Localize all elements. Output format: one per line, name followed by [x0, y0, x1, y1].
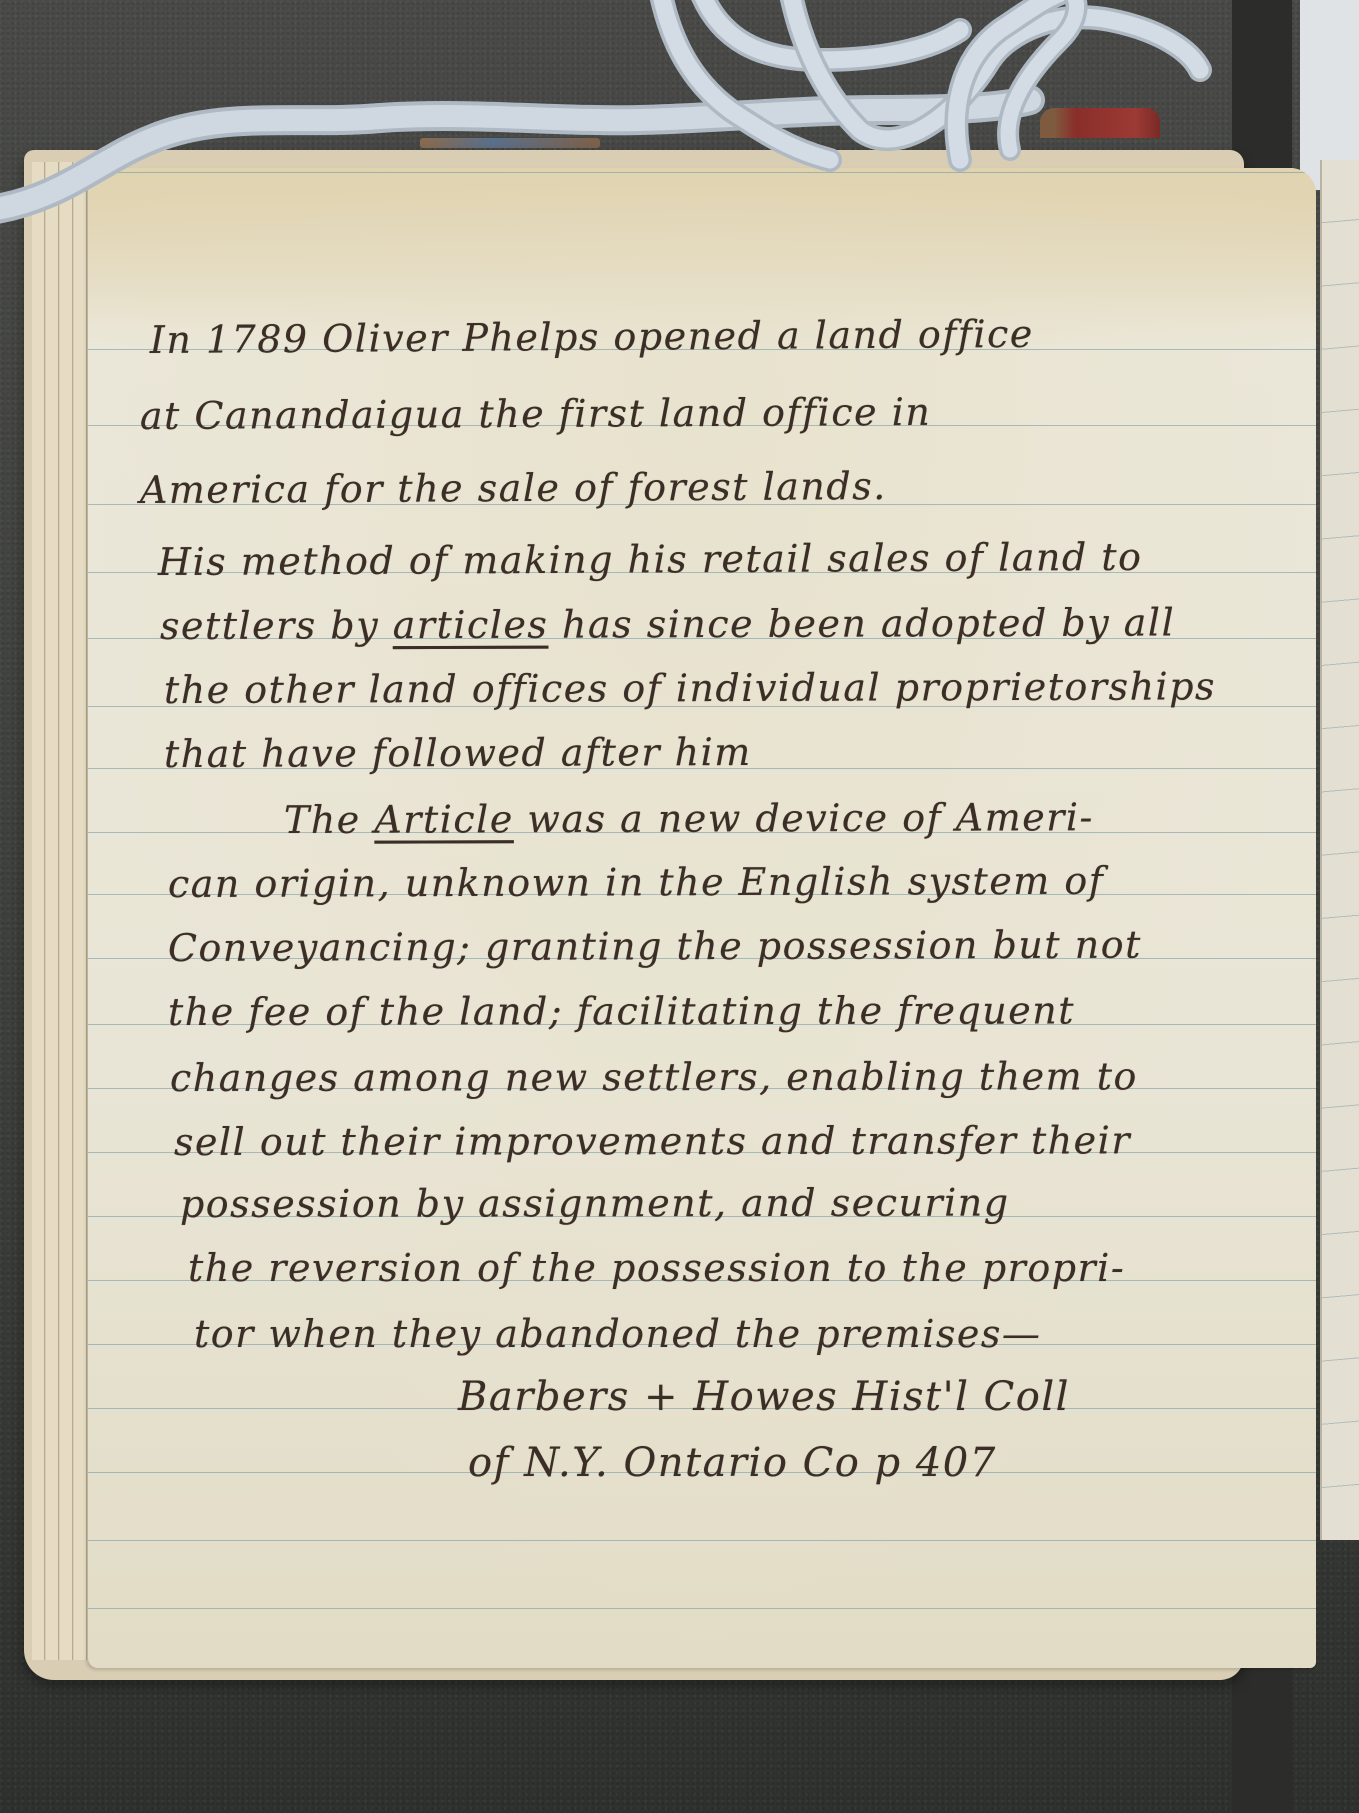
underlined-word: articles	[393, 603, 549, 648]
handwritten-line-10: Conveyancing; granting the possession bu…	[168, 923, 1142, 970]
line-text: America for the sale of forest lands.	[140, 464, 887, 512]
line-text: was a new device of Ameri-	[514, 795, 1094, 841]
handwritten-line-12: changes among new settlers, enabling the…	[170, 1054, 1138, 1100]
line-text: Conveyancing; granting the possession bu…	[168, 923, 1142, 970]
line-text: changes among new settlers, enabling the…	[170, 1054, 1138, 1100]
page-top-shading	[88, 168, 1316, 328]
handwritten-line-11: the fee of the land; facilitating the fr…	[168, 988, 1075, 1034]
line-text: possession by assignment, and securing	[180, 1181, 1010, 1226]
handwritten-line-7: that have followed after him	[164, 730, 752, 776]
handwritten-line-16: tor when they abandoned the premises—	[194, 1312, 1041, 1356]
ruled-line	[88, 172, 1316, 173]
line-text: In 1789 Oliver Phelps opened a land offi…	[150, 312, 1034, 362]
marbled-page-edge	[420, 138, 600, 148]
handwritten-line-6: the other land offices of individual pro…	[164, 664, 1216, 712]
handwritten-line-4: His method of making his retail sales of…	[158, 535, 1143, 584]
handwritten-line-3: America for the sale of forest lands.	[140, 464, 887, 512]
page-leaf	[60, 162, 73, 1660]
handwritten-line-15: the reversion of the possession to the p…	[188, 1246, 1125, 1290]
line-text: The	[284, 798, 375, 842]
line-text: at Canandaigua the first land office in	[140, 390, 932, 438]
red-bookmark-tab	[1040, 108, 1160, 138]
citation-line-2: of N.Y. Ontario Co p 407	[468, 1440, 997, 1486]
handwritten-line-14: possession by assignment, and securing	[180, 1181, 1010, 1226]
line-text: the other land offices of individual pro…	[164, 664, 1216, 712]
citation-text: Barbers + Howes Hist'l Coll	[458, 1374, 1070, 1420]
citation-text: of N.Y. Ontario Co p 407	[468, 1440, 997, 1486]
handwritten-line-9: can origin, unknown in the English syste…	[168, 859, 1105, 906]
ruled-line	[88, 1540, 1316, 1541]
line-text: His method of making his retail sales of…	[158, 535, 1143, 584]
line-text: the reversion of the possession to the p…	[188, 1246, 1125, 1290]
page-leaf	[46, 162, 59, 1660]
citation-line-1: Barbers + Howes Hist'l Coll	[458, 1374, 1070, 1420]
line-text: tor when they abandoned the premises—	[194, 1312, 1041, 1356]
line-text: sell out their improvements and transfer…	[174, 1118, 1131, 1164]
line-text: that have followed after him	[164, 730, 752, 776]
manuscript-page: In 1789 Oliver Phelps opened a land offi…	[88, 168, 1316, 1668]
line-text: settlers by	[160, 603, 393, 648]
page-leaf	[32, 162, 45, 1660]
line-text: has since been adopted by all	[548, 600, 1175, 646]
ruled-line	[88, 1608, 1316, 1609]
handwritten-line-1: In 1789 Oliver Phelps opened a land offi…	[150, 312, 1034, 362]
underlined-word: Article	[374, 797, 514, 841]
handwritten-line-5: settlers by articles has since been adop…	[160, 600, 1175, 648]
facing-page-edge	[1320, 160, 1359, 1540]
handwritten-line-2: at Canandaigua the first land office in	[140, 390, 932, 438]
handwritten-line-8: The Article was a new device of Ameri-	[284, 795, 1094, 842]
handwritten-line-13: sell out their improvements and transfer…	[174, 1118, 1131, 1164]
page-leaf	[74, 162, 87, 1660]
line-text: can origin, unknown in the English syste…	[168, 859, 1105, 906]
line-text: the fee of the land; facilitating the fr…	[168, 988, 1075, 1034]
